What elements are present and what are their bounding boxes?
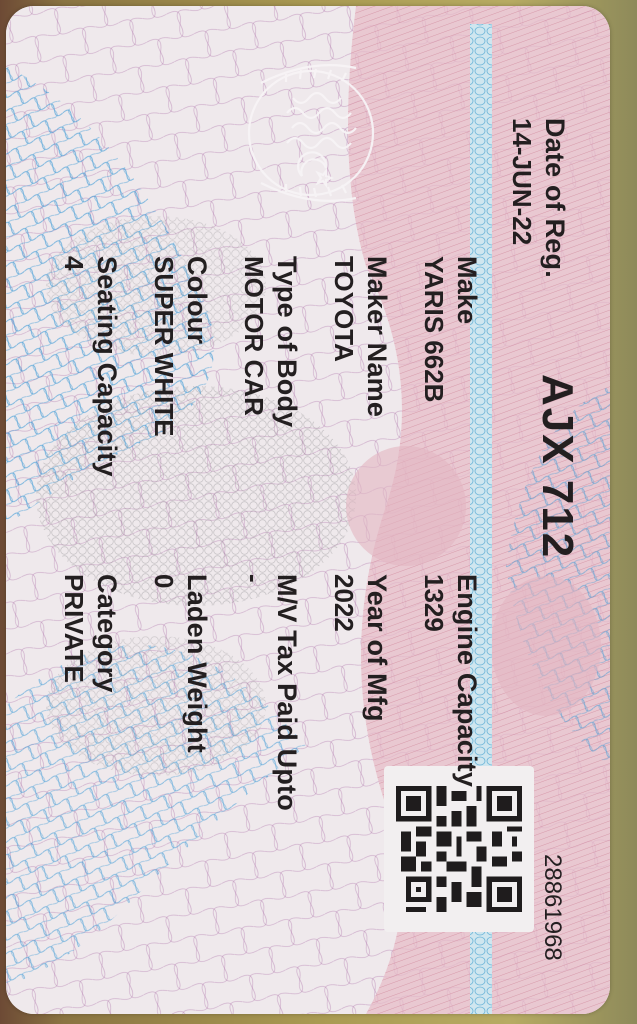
field-laden-weight: Laden Weight 0 [151, 574, 210, 753]
field-year-of-mfg: Year of Mfg 2022 [331, 574, 390, 722]
field-label: Engine Capacity [453, 574, 480, 787]
field-value: 0 [151, 574, 177, 753]
field-engine-capacity: Engine Capacity 1329 [421, 574, 480, 787]
field-label: M/V Tax Paid Upto [273, 574, 300, 811]
serial-number: 28861968 [538, 854, 566, 961]
field-maker-name: Maker Name TOYOTA [331, 256, 390, 417]
field-value: 2022 [331, 574, 357, 722]
field-value: YARIS 662B [421, 256, 447, 402]
field-label: Category [93, 574, 120, 693]
field-value: 1329 [421, 574, 447, 787]
field-value: MOTOR CAR [241, 256, 267, 427]
field-category: Category PRIVATE [61, 574, 120, 693]
field-value: TOYOTA [331, 256, 357, 417]
field-date-of-reg: Date of Reg. 14-JUN-22 [509, 118, 568, 278]
field-label: Laden Weight [183, 574, 210, 753]
field-make: Make YARIS 662B [421, 256, 480, 402]
qr-code-icon [384, 766, 534, 932]
registration-number: AJX 712 [532, 374, 582, 559]
card-content: AJX 712 28861968 Date of Reg. 1 [6, 6, 610, 1014]
field-label: Type of Body [273, 256, 300, 427]
field-value: PRIVATE [61, 574, 87, 693]
field-label: Year of Mfg [363, 574, 390, 722]
field-colour: Colour SUPER WHITE [151, 256, 210, 437]
state-emblem-crescent-star-icon [226, 48, 396, 218]
field-label: Maker Name [363, 256, 390, 417]
field-value: 14-JUN-22 [509, 118, 535, 278]
field-label: Date of Reg. [541, 118, 568, 278]
field-type-of-body: Type of Body MOTOR CAR [241, 256, 300, 427]
field-value: SUPER WHITE [151, 256, 177, 437]
field-tax-paid-upto: M/V Tax Paid Upto - [241, 574, 300, 811]
field-value: 4 [61, 256, 87, 477]
field-value: - [241, 574, 267, 811]
field-label: Make [453, 256, 480, 402]
vehicle-registration-card: AJX 712 28861968 Date of Reg. 1 [6, 6, 610, 1014]
field-label: Seating Capacity [93, 256, 120, 477]
field-label: Colour [183, 256, 210, 437]
field-seating-capacity: Seating Capacity 4 [61, 256, 120, 477]
